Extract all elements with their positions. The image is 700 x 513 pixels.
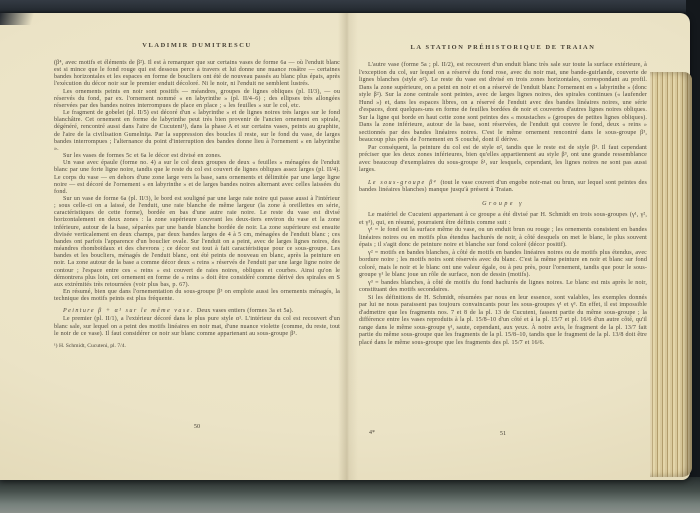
- book-gutter-shadow: [338, 13, 358, 480]
- paragraph: Le premier (pl. II/1), a l'extérieur déc…: [54, 316, 340, 337]
- paragraph: Le fragment de gobelet (pl. II/5) est dé…: [54, 110, 340, 153]
- paragraph: γ³ = bandes blanches, à côté de motifs d…: [359, 280, 647, 295]
- paragraph: Les ornements peints en noir sont positi…: [54, 89, 340, 110]
- background-bottom-band: [0, 477, 700, 513]
- background-top-band: [0, 0, 700, 14]
- right-text-block: L'autre vase (forme 5a ; pl. II/2), est …: [359, 62, 647, 347]
- paragraph: L'autre vase (forme 5a ; pl. II/2), est …: [359, 62, 647, 145]
- paragraph: Le matériel de Cucuteni appartenant à ce…: [359, 212, 647, 227]
- paragraph: γ² = motifs en bandes blanches, à côté d…: [359, 250, 647, 280]
- paragraph: Par conséquent, la peinture du col est d…: [359, 145, 647, 175]
- paragraph: (β⁴, avec motifs et éléments de β²). Il …: [54, 60, 340, 89]
- paragraph: En résumé, bien que dans l'ornementation…: [54, 289, 340, 303]
- book-photo-scene: VLADIMIR DUMITRESCU (β⁴, avec motifs et …: [0, 0, 700, 513]
- paragraph-lead: Peinture β + α¹ sur le même vase.: [63, 308, 197, 314]
- right-running-head: LA STATION PRÉHISTORIQUE DE TRAIAN: [359, 44, 647, 51]
- section-heading: Groupe γ: [359, 201, 647, 209]
- left-page: VLADIMIR DUMITRESCU (β⁴, avec motifs et …: [54, 42, 340, 440]
- left-footnote: ¹) H. Schmidt, Cucuteni, pl. 7/4.: [54, 343, 340, 350]
- left-running-head: VLADIMIR DUMITRESCU: [54, 42, 340, 49]
- book-fore-edge: [650, 72, 692, 477]
- paragraph-lead: Le sous-groupe β⁴: [368, 180, 441, 186]
- book-cover-corner: [0, 13, 46, 25]
- paragraph: Le sous-groupe β⁴ (tout le vase couvert …: [359, 180, 647, 195]
- paragraph: γ¹ = le fond est la surface même du vase…: [359, 227, 647, 250]
- paragraph: Peinture β + α¹ sur le même vase. Deux v…: [54, 308, 340, 315]
- right-page: LA STATION PRÉHISTORIQUE DE TRAIAN L'aut…: [359, 44, 647, 444]
- left-text-block: (β⁴, avec motifs et éléments de β²). Il …: [54, 60, 340, 338]
- right-page-number: 51: [359, 430, 647, 437]
- left-page-number: 50: [54, 423, 340, 430]
- paragraph: Si les définitions de H. Schmidt, résumé…: [359, 295, 647, 348]
- paragraph: Un vase avec épaule (forme no. 4) a sur …: [54, 160, 340, 196]
- paragraph: Sur un vase de forme 6a (pl. II/3), le b…: [54, 196, 340, 289]
